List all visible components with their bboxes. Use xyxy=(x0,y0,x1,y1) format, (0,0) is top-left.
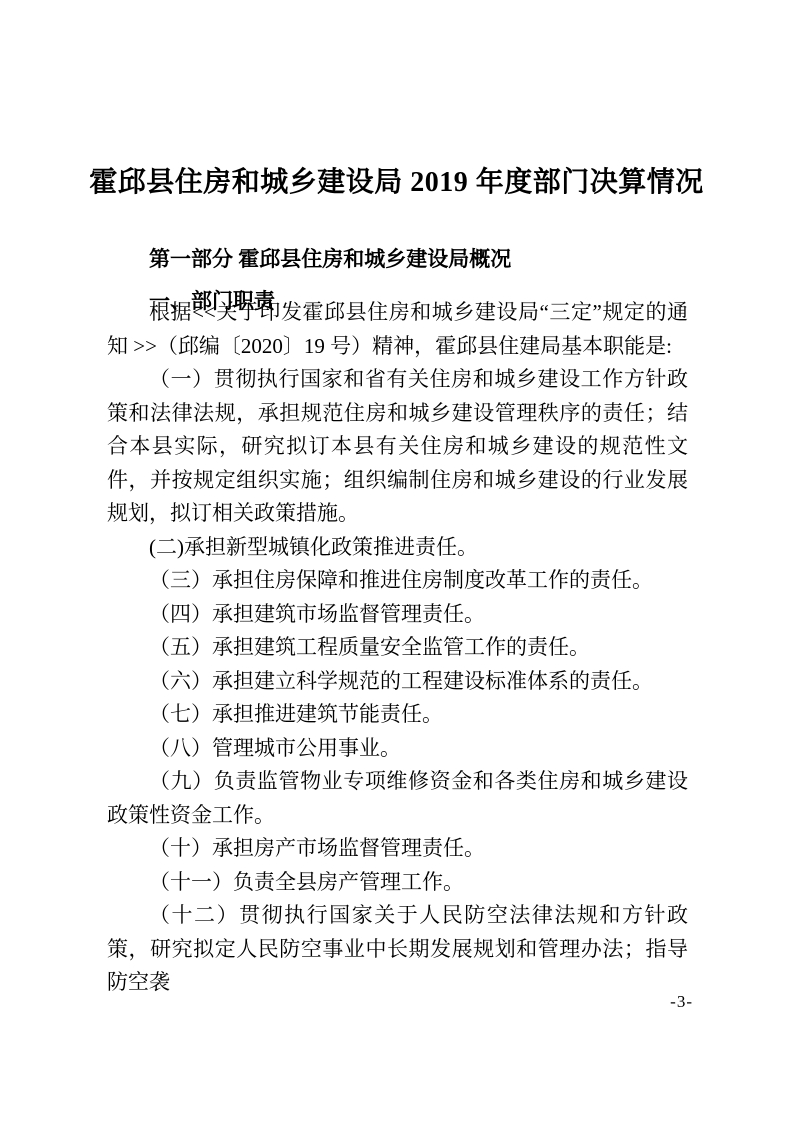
paragraph-duty-9: （九）负责监管物业专项维修资金和各类住房和城乡建设政策性资金工作。 xyxy=(107,765,688,832)
paragraph-duty-4: （四）承担建筑市场监督管理责任。 xyxy=(107,598,688,632)
paragraph-duty-10: （十）承担房产市场监督管理责任。 xyxy=(107,832,688,866)
document-body: 根据<<关于印发霍邱县住房和城乡建设局“三定”规定的通知 >>（邱编〔2020〕… xyxy=(107,296,688,1000)
paragraph-duty-11: （十一）负责全县房产管理工作。 xyxy=(107,866,688,900)
paragraph-duty-8: （八）管理城市公用事业。 xyxy=(107,732,688,766)
paragraph-duty-3: （三）承担住房保障和推进住房制度改革工作的责任。 xyxy=(107,564,688,598)
part-one-heading: 第一部分 霍邱县住房和城乡建设局概况 xyxy=(149,243,511,273)
paragraph-duty-6: （六）承担建立科学规范的工程建设标准体系的责任。 xyxy=(107,665,688,699)
paragraph-duty-12: （十二）贯彻执行国家关于人民防空法律法规和方针政策，研究拟定人民防空事业中长期发… xyxy=(107,899,688,1000)
paragraph-duty-1: （一）贯彻执行国家和省有关住房和城乡建设工作方针政策和法律法规，承担规范住房和城… xyxy=(107,363,688,531)
paragraph-duty-5: （五）承担建筑工程质量安全监管工作的责任。 xyxy=(107,631,688,665)
document-title: 霍邱县住房和城乡建设局 2019 年度部门决算情况 xyxy=(0,160,793,200)
document-page: 霍邱县住房和城乡建设局 2019 年度部门决算情况 第一部分 霍邱县住房和城乡建… xyxy=(0,0,793,1122)
paragraph-duty-7: （七）承担推进建筑节能责任。 xyxy=(107,698,688,732)
page-number: -3- xyxy=(670,992,693,1012)
paragraph-duty-2: (二)承担新型城镇化政策推进责任。 xyxy=(107,531,688,565)
paragraph-intro: 根据<<关于印发霍邱县住房和城乡建设局“三定”规定的通知 >>（邱编〔2020〕… xyxy=(107,296,688,363)
